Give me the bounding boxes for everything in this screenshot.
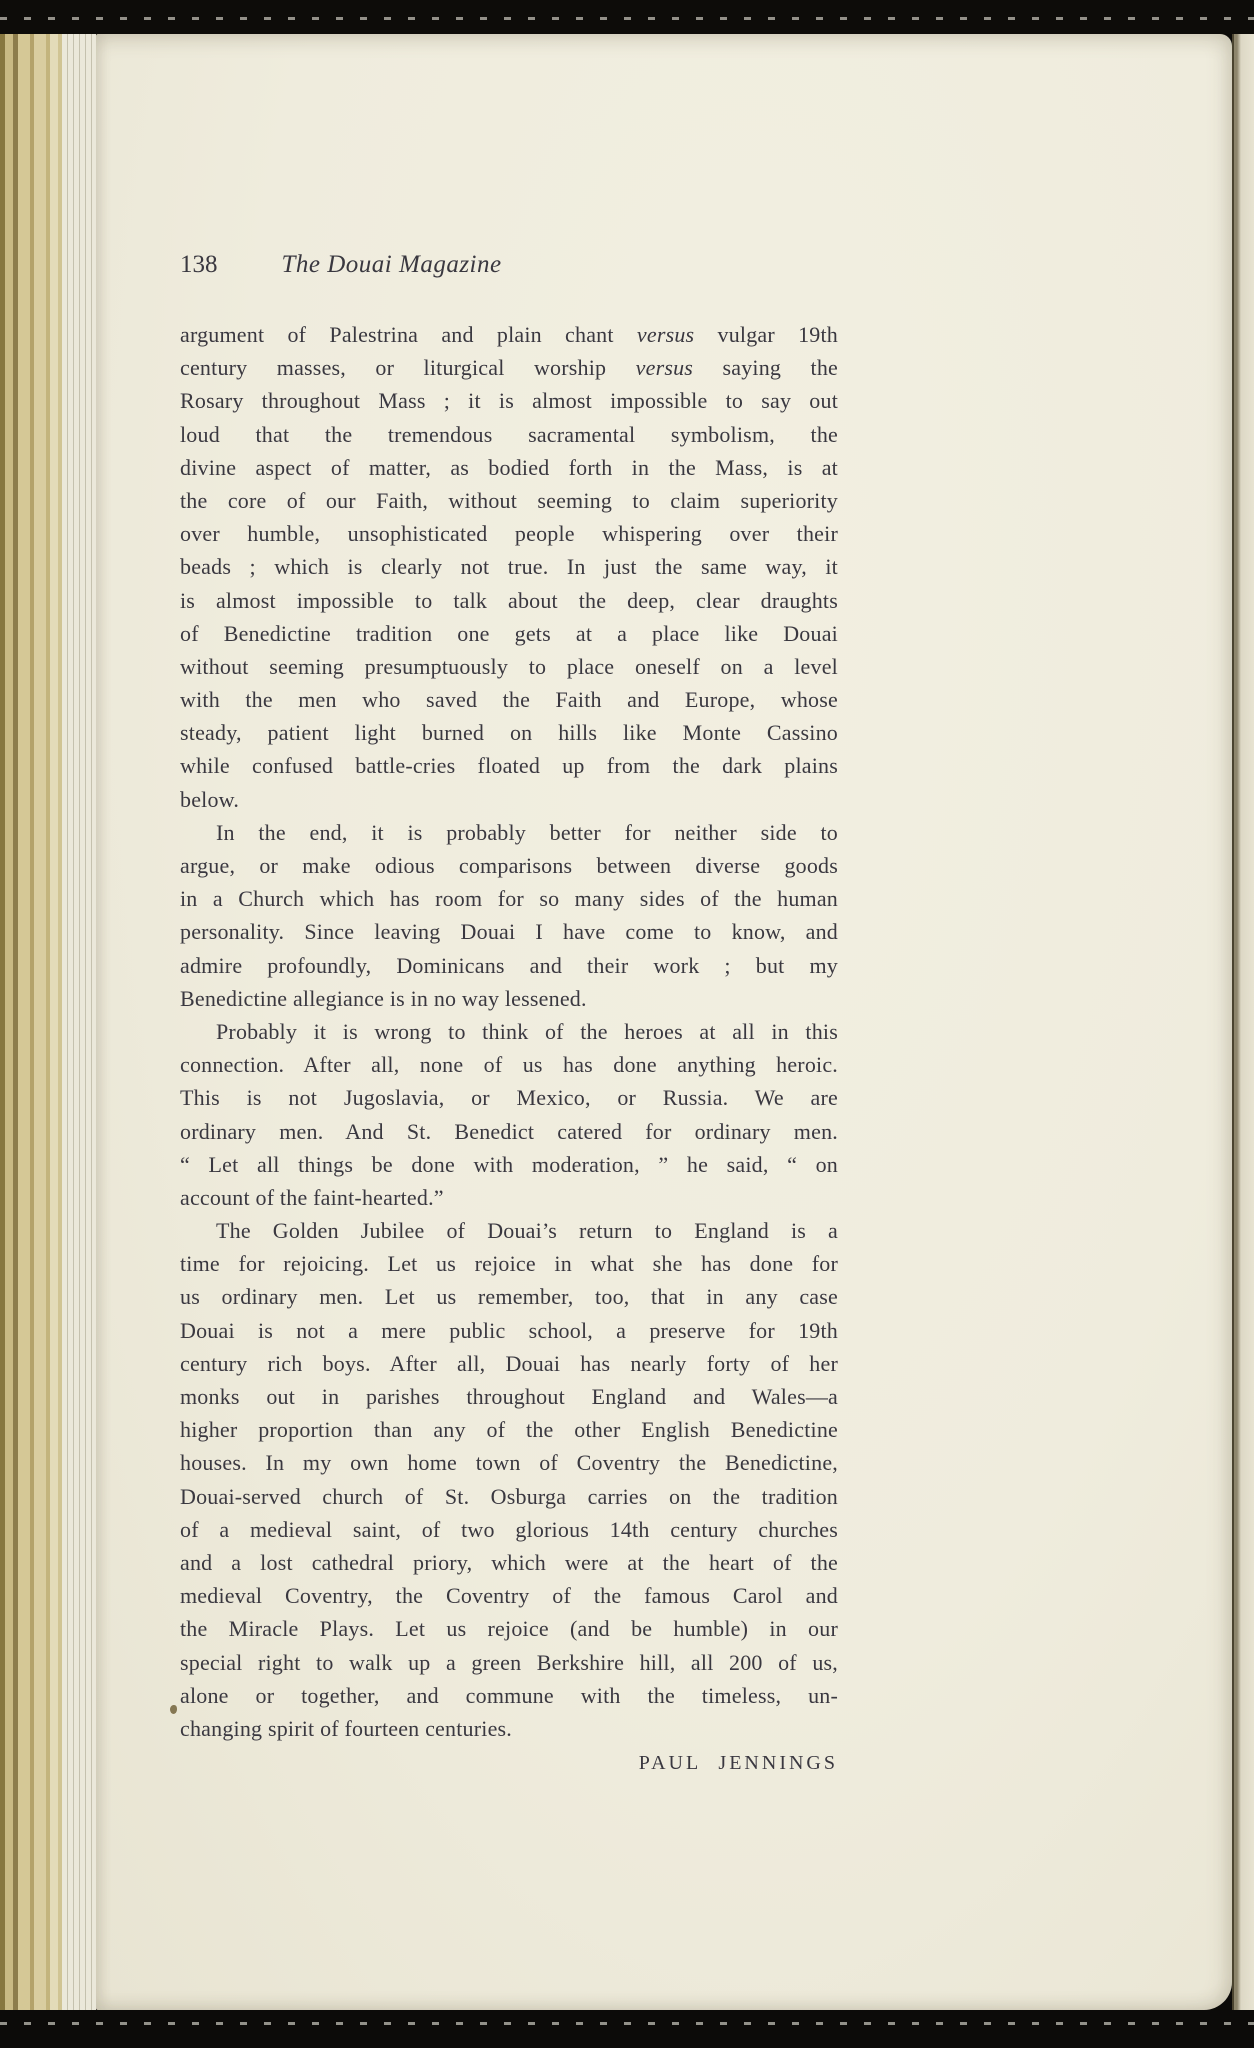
text-line: loud that the tremendous sacramental sym… xyxy=(180,418,838,451)
text-line: The Golden Jubilee of Douai’s return to … xyxy=(180,1214,838,1247)
book-page: 138 The Douai Magazine argument of Pales… xyxy=(96,34,1232,2010)
text-line: account of the faint-hearted.” xyxy=(180,1181,838,1214)
binding-gutter xyxy=(1232,34,1254,2010)
text-line: century masses, or liturgical worship ve… xyxy=(180,351,838,384)
text-line: the Miracle Plays. Let us rejoice (and b… xyxy=(180,1612,838,1645)
paragraph: In the end, it is probably better for ne… xyxy=(180,816,838,1015)
text-line: the core of our Faith, without seeming t… xyxy=(180,484,838,517)
text-line: changing spirit of fourteen centuries. xyxy=(180,1712,838,1745)
text-line: alone or together, and commune with the … xyxy=(180,1679,838,1712)
paper-speck xyxy=(170,1705,177,1714)
text-line: Douai-served church of St. Osburga carri… xyxy=(180,1480,838,1513)
text-line: Douai is not a mere public school, a pre… xyxy=(180,1314,838,1347)
cover-stitching xyxy=(0,2022,1254,2025)
paragraph: The Golden Jubilee of Douai’s return to … xyxy=(180,1214,838,1745)
text-line: while confused battle-cries floated up f… xyxy=(180,749,838,782)
paragraph: argument of Palestrina and plain chant v… xyxy=(180,318,838,816)
text-line: with the men who saved the Faith and Eur… xyxy=(180,683,838,716)
running-title: The Douai Magazine xyxy=(282,250,502,280)
text-line: steady, patient light burned on hills li… xyxy=(180,716,838,749)
text-line: Rosary throughout Mass ; it is almost im… xyxy=(180,384,838,417)
text-line: argue, or make odious comparisons betwee… xyxy=(180,849,838,882)
author-byline: PAUL JENNINGS xyxy=(180,1752,838,1775)
text-line: in a Church which has room for so many s… xyxy=(180,882,838,915)
text-line: us ordinary men. Let us remember, too, t… xyxy=(180,1280,838,1313)
text-line: In the end, it is probably better for ne… xyxy=(180,816,838,849)
page-stack-fore-edge xyxy=(0,34,96,2010)
book-scan: 138 The Douai Magazine argument of Pales… xyxy=(0,0,1254,2048)
text-line: below. xyxy=(180,783,838,816)
text-line: Benedictine allegiance is in no way less… xyxy=(180,982,838,1015)
text-line: special right to walk up a green Berkshi… xyxy=(180,1646,838,1679)
text-line: time for rejoicing. Let us rejoice in wh… xyxy=(180,1247,838,1280)
book-cover-bottom-edge xyxy=(0,2010,1254,2048)
cover-stitching xyxy=(0,17,1254,20)
page-number: 138 xyxy=(180,250,218,280)
page-content: 138 The Douai Magazine argument of Pales… xyxy=(180,250,838,1775)
text-line: admire profoundly, Dominicans and their … xyxy=(180,949,838,982)
text-line: higher proportion than any of the other … xyxy=(180,1413,838,1446)
text-line: personality. Since leaving Douai I have … xyxy=(180,915,838,948)
text-line: divine aspect of matter, as bodied forth… xyxy=(180,451,838,484)
paragraph: Probably it is wrong to think of the her… xyxy=(180,1015,838,1214)
text-line: ordinary men. And St. Benedict catered f… xyxy=(180,1115,838,1148)
text-line: is almost impossible to talk about the d… xyxy=(180,584,838,617)
text-line: argument of Palestrina and plain chant v… xyxy=(180,318,838,351)
text-line: connection. After all, none of us has do… xyxy=(180,1048,838,1081)
text-line: of a medieval saint, of two glorious 14t… xyxy=(180,1513,838,1546)
text-line: This is not Jugoslavia, or Mexico, or Ru… xyxy=(180,1081,838,1114)
page-header: 138 The Douai Magazine xyxy=(180,250,838,280)
text-line: beads ; which is clearly not true. In ju… xyxy=(180,550,838,583)
text-line: without seeming presumptuously to place … xyxy=(180,650,838,683)
text-line: Probably it is wrong to think of the her… xyxy=(180,1015,838,1048)
text-line: and a lost cathedral priory, which were … xyxy=(180,1546,838,1579)
text-line: “ Let all things be done with moderation… xyxy=(180,1148,838,1181)
book-cover-top-edge xyxy=(0,0,1254,34)
text-line: century rich boys. After all, Douai has … xyxy=(180,1347,838,1380)
text-line: medieval Coventry, the Coventry of the f… xyxy=(180,1579,838,1612)
text-line: of Benedictine tradition one gets at a p… xyxy=(180,617,838,650)
text-line: houses. In my own home town of Coventry … xyxy=(180,1446,838,1479)
article-body: argument of Palestrina and plain chant v… xyxy=(180,318,838,1745)
text-line: over humble, unsophisticated people whis… xyxy=(180,517,838,550)
text-line: monks out in parishes throughout England… xyxy=(180,1380,838,1413)
